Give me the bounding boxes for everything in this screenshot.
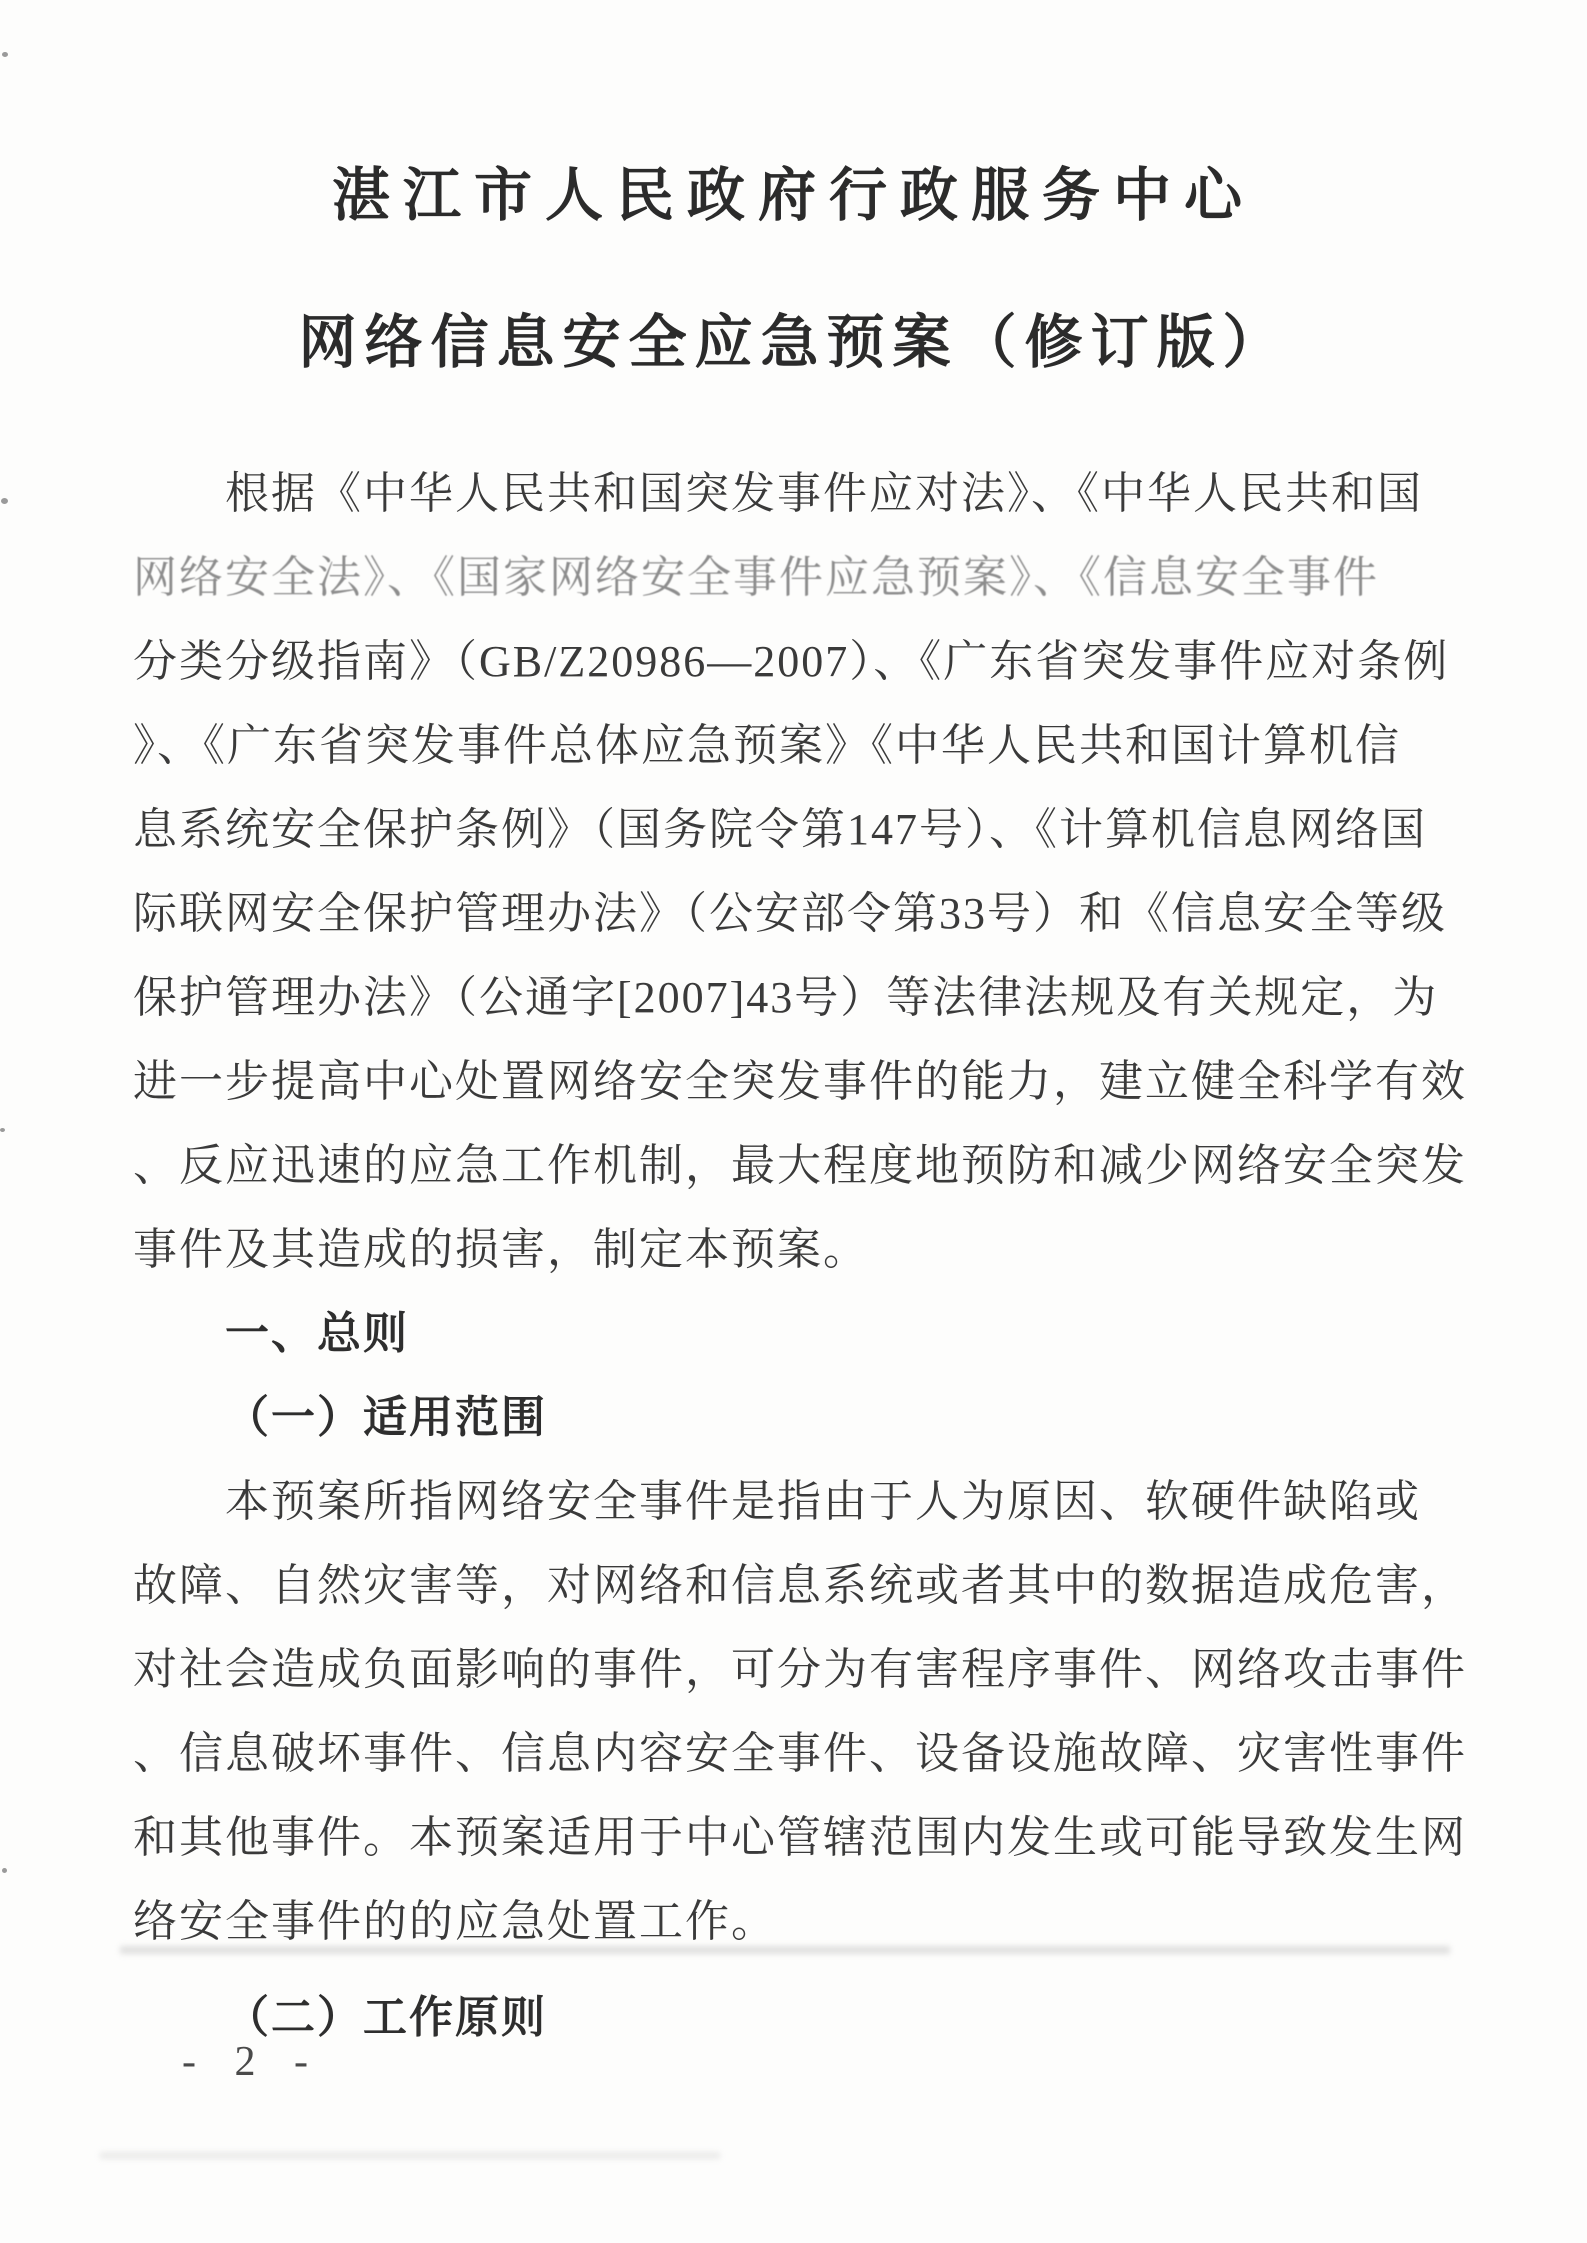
scan-smudge: [120, 1946, 1450, 1954]
scan-speck: [2, 1868, 7, 1873]
section-heading-shiyongfanwei: （一）适用范围: [133, 1376, 1493, 1460]
body-line: 事件及其造成的损害，制定本预案。: [133, 1208, 1493, 1292]
scanned-document-page: 湛江市人民政府行政服务中心 网络信息安全应急预案（修订版） 根据《中华人民共和国…: [0, 0, 1587, 2243]
body-line: 、信息破坏事件、信息内容安全事件、设备设施故障、灾害性事件: [133, 1712, 1493, 1796]
section-heading-gongzuoyuanze: （二）工作原则: [133, 1976, 1493, 2060]
scan-speck: [0, 1128, 5, 1132]
scan-speck: [2, 52, 8, 57]
body-line: 本预案所指网络安全事件是指由于人为原因、软硬件缺陷或: [133, 1460, 1493, 1544]
body-line: 、反应迅速的应急工作机制，最大程度地预防和减少网络安全突发: [133, 1124, 1493, 1208]
page-number: - 2 -: [182, 2038, 322, 2086]
body-line: 根据《中华人民共和国突发事件应对法》、《中华人民共和国: [133, 452, 1493, 536]
body-line: 际联网安全保护管理办法》（公安部令第33号）和《信息安全等级: [133, 872, 1493, 956]
body-line: 网络安全法》、《国家网络安全事件应急预案》、《信息安全事件: [133, 536, 1493, 620]
body-line: 和其他事件。本预案适用于中心管辖范围内发生或可能导致发生网: [133, 1796, 1493, 1880]
body-line: 故障、自然灾害等，对网络和信息系统或者其中的数据造成危害，: [133, 1544, 1493, 1628]
scan-smudge: [100, 2152, 720, 2159]
body-line: 分类分级指南》（GB/Z20986—2007）、《广东省突发事件应对条例: [133, 620, 1493, 704]
section-heading-zongze: 一、总则: [133, 1292, 1493, 1376]
body-line: 息系统安全保护条例》（国务院令第147号）、《计算机信息网络国: [133, 788, 1493, 872]
document-body: 根据《中华人民共和国突发事件应对法》、《中华人民共和国 网络安全法》、《国家网络…: [133, 452, 1493, 2060]
body-line: 》、《广东省突发事件总体应急预案》《中华人民共和国计算机信: [133, 704, 1493, 788]
scan-speck: [1, 498, 8, 504]
body-line: 对社会造成负面影响的事件，可分为有害程序事件、网络攻击事件: [133, 1628, 1493, 1712]
title-line-2: 网络信息安全应急预案（修订版）: [0, 297, 1587, 389]
document-title: 湛江市人民政府行政服务中心 网络信息安全应急预案（修订版）: [0, 150, 1587, 389]
title-line-1: 湛江市人民政府行政服务中心: [0, 150, 1587, 242]
body-line: 保护管理办法》（公通字[2007]43号）等法律法规及有关规定，为: [133, 956, 1493, 1040]
body-line: 进一步提高中心处置网络安全突发事件的能力，建立健全科学有效: [133, 1040, 1493, 1124]
